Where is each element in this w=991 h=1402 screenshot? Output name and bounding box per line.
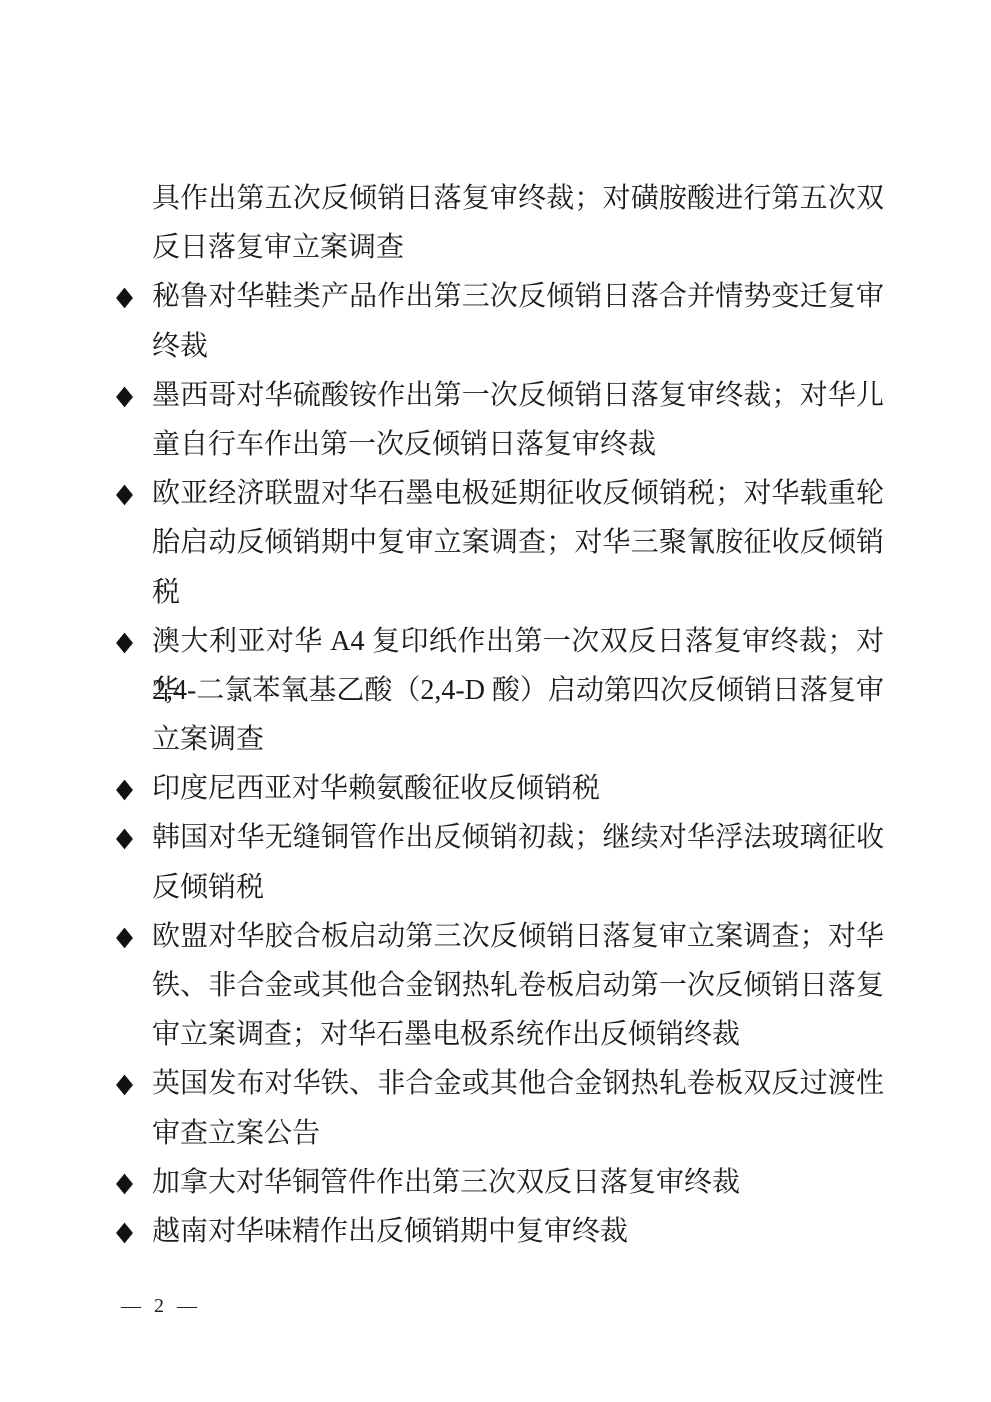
line-text: 越南对华味精作出反倾销期中复审终裁 [152,1216,628,1247]
text-line: ◆欧盟对华胶合板启动第三次反倾销日落复审立案调查；对华 [114,912,884,961]
diamond-bullet-icon: ◆ [116,469,133,518]
text-line: ◆英国发布对华铁、非合金或其他合金钢热轧卷板双反过渡性 [114,1059,884,1108]
text-line: ◆越南对华味精作出反倾销期中复审终裁 [114,1207,884,1256]
line-text: 秘鲁对华鞋类产品作出第三次反倾销日落合并情势变迁复审 [152,281,884,312]
list-item: ◆欧亚经济联盟对华石墨电极延期征收反倾销税；对华载重轮胎启动反倾销期中复审立案调… [114,469,884,617]
diamond-bullet-icon: ◆ [116,1207,133,1256]
diamond-bullet-icon: ◆ [116,912,133,961]
line-text: 审查立案公告 [152,1118,320,1149]
line-text: 税 [152,577,180,608]
text-line: 胎启动反倾销期中复审立案调查；对华三聚氰胺征收反倾销 [114,518,884,567]
line-text: 墨西哥对华硫酸铵作出第一次反倾销日落复审终裁；对华儿 [152,380,884,411]
line-text: 2,4-二氯苯氧基乙酸（2,4-D 酸）启动第四次反倾销日落复审 [152,675,884,706]
page-number: — 2 — [121,1295,201,1317]
list-item: ◆墨西哥对华硫酸铵作出第一次反倾销日落复审终裁；对华儿童自行车作出第一次反倾销日… [114,371,884,469]
text-line: ◆墨西哥对华硫酸铵作出第一次反倾销日落复审终裁；对华儿 [114,371,884,420]
diamond-bullet-icon: ◆ [116,1059,133,1108]
text-line: 反倾销税 [114,863,884,912]
text-line: 审立案调查；对华石墨电极系统作出反倾销终裁 [114,1010,884,1059]
line-text: 欧亚经济联盟对华石墨电极延期征收反倾销税；对华载重轮 [152,478,884,509]
text-line: 终裁 [114,322,884,371]
text-line: 反日落复审立案调查 [114,223,884,272]
line-text: 童自行车作出第一次反倾销日落复审终裁 [152,429,656,460]
list-item: ◆印度尼西亚对华赖氨酸征收反倾销税 [114,764,884,813]
line-text: 加拿大对华铜管件作出第三次双反日落复审终裁 [152,1167,740,1198]
document-page: 具作出第五次反倾销日落复审终裁；对磺胺酸进行第五次双反日落复审立案调查◆秘鲁对华… [0,0,991,1402]
list-item: ◆澳大利亚对华 A4 复印纸作出第一次双反日落复审终裁；对华2,4-二氯苯氧基乙… [114,617,884,765]
line-text: 英国发布对华铁、非合金或其他合金钢热轧卷板双反过渡性 [152,1068,884,1099]
list-item: ◆欧盟对华胶合板启动第三次反倾销日落复审立案调查；对华铁、非合金或其他合金钢热轧… [114,912,884,1060]
line-text: 欧盟对华胶合板启动第三次反倾销日落复审立案调查；对华 [152,921,884,952]
list-item: ◆秘鲁对华鞋类产品作出第三次反倾销日落合并情势变迁复审终裁 [114,272,884,370]
page-footer: — 2 — [121,1295,201,1318]
line-text: 反日落复审立案调查 [152,232,404,263]
text-line: 童自行车作出第一次反倾销日落复审终裁 [114,420,884,469]
line-text: 具作出第五次反倾销日落复审终裁；对磺胺酸进行第五次双 [152,183,884,214]
diamond-bullet-icon: ◆ [116,764,133,813]
bullet-list: 具作出第五次反倾销日落复审终裁；对磺胺酸进行第五次双反日落复审立案调查◆秘鲁对华… [114,174,884,1256]
line-text: 胎启动反倾销期中复审立案调查；对华三聚氰胺征收反倾销 [152,527,884,558]
line-text: 立案调查 [152,724,264,755]
text-line: 2,4-二氯苯氧基乙酸（2,4-D 酸）启动第四次反倾销日落复审 [114,666,884,715]
diamond-bullet-icon: ◆ [116,371,133,420]
list-item: ◆加拿大对华铜管件作出第三次双反日落复审终裁 [114,1158,884,1207]
line-text: 印度尼西亚对华赖氨酸征收反倾销税 [152,773,600,804]
text-line: 立案调查 [114,715,884,764]
text-line: 具作出第五次反倾销日落复审终裁；对磺胺酸进行第五次双 [114,174,884,223]
text-line: ◆加拿大对华铜管件作出第三次双反日落复审终裁 [114,1158,884,1207]
diamond-bullet-icon: ◆ [116,1158,133,1207]
text-line: ◆印度尼西亚对华赖氨酸征收反倾销税 [114,764,884,813]
line-text: 终裁 [152,331,208,362]
list-item: ◆英国发布对华铁、非合金或其他合金钢热轧卷板双反过渡性审查立案公告 [114,1059,884,1157]
line-text: 反倾销税 [152,872,264,903]
text-line: 税 [114,568,884,617]
diamond-bullet-icon: ◆ [116,272,133,321]
list-item: ◆韩国对华无缝铜管作出反倾销初裁；继续对华浮法玻璃征收反倾销税 [114,813,884,911]
text-line: ◆秘鲁对华鞋类产品作出第三次反倾销日落合并情势变迁复审 [114,272,884,321]
line-text: 铁、非合金或其他合金钢热轧卷板启动第一次反倾销日落复 [152,970,884,1001]
line-text: 审立案调查；对华石墨电极系统作出反倾销终裁 [152,1019,740,1050]
list-item: ◆越南对华味精作出反倾销期中复审终裁 [114,1207,884,1256]
line-text: 韩国对华无缝铜管作出反倾销初裁；继续对华浮法玻璃征收 [152,822,884,853]
list-item-continuation: 具作出第五次反倾销日落复审终裁；对磺胺酸进行第五次双反日落复审立案调查 [114,174,884,272]
diamond-bullet-icon: ◆ [116,813,133,862]
diamond-bullet-icon: ◆ [116,617,133,666]
text-line: 铁、非合金或其他合金钢热轧卷板启动第一次反倾销日落复 [114,961,884,1010]
text-line: ◆澳大利亚对华 A4 复印纸作出第一次双反日落复审终裁；对华 [114,617,884,666]
text-line: ◆欧亚经济联盟对华石墨电极延期征收反倾销税；对华载重轮 [114,469,884,518]
text-line: 审查立案公告 [114,1109,884,1158]
text-line: ◆韩国对华无缝铜管作出反倾销初裁；继续对华浮法玻璃征收 [114,813,884,862]
